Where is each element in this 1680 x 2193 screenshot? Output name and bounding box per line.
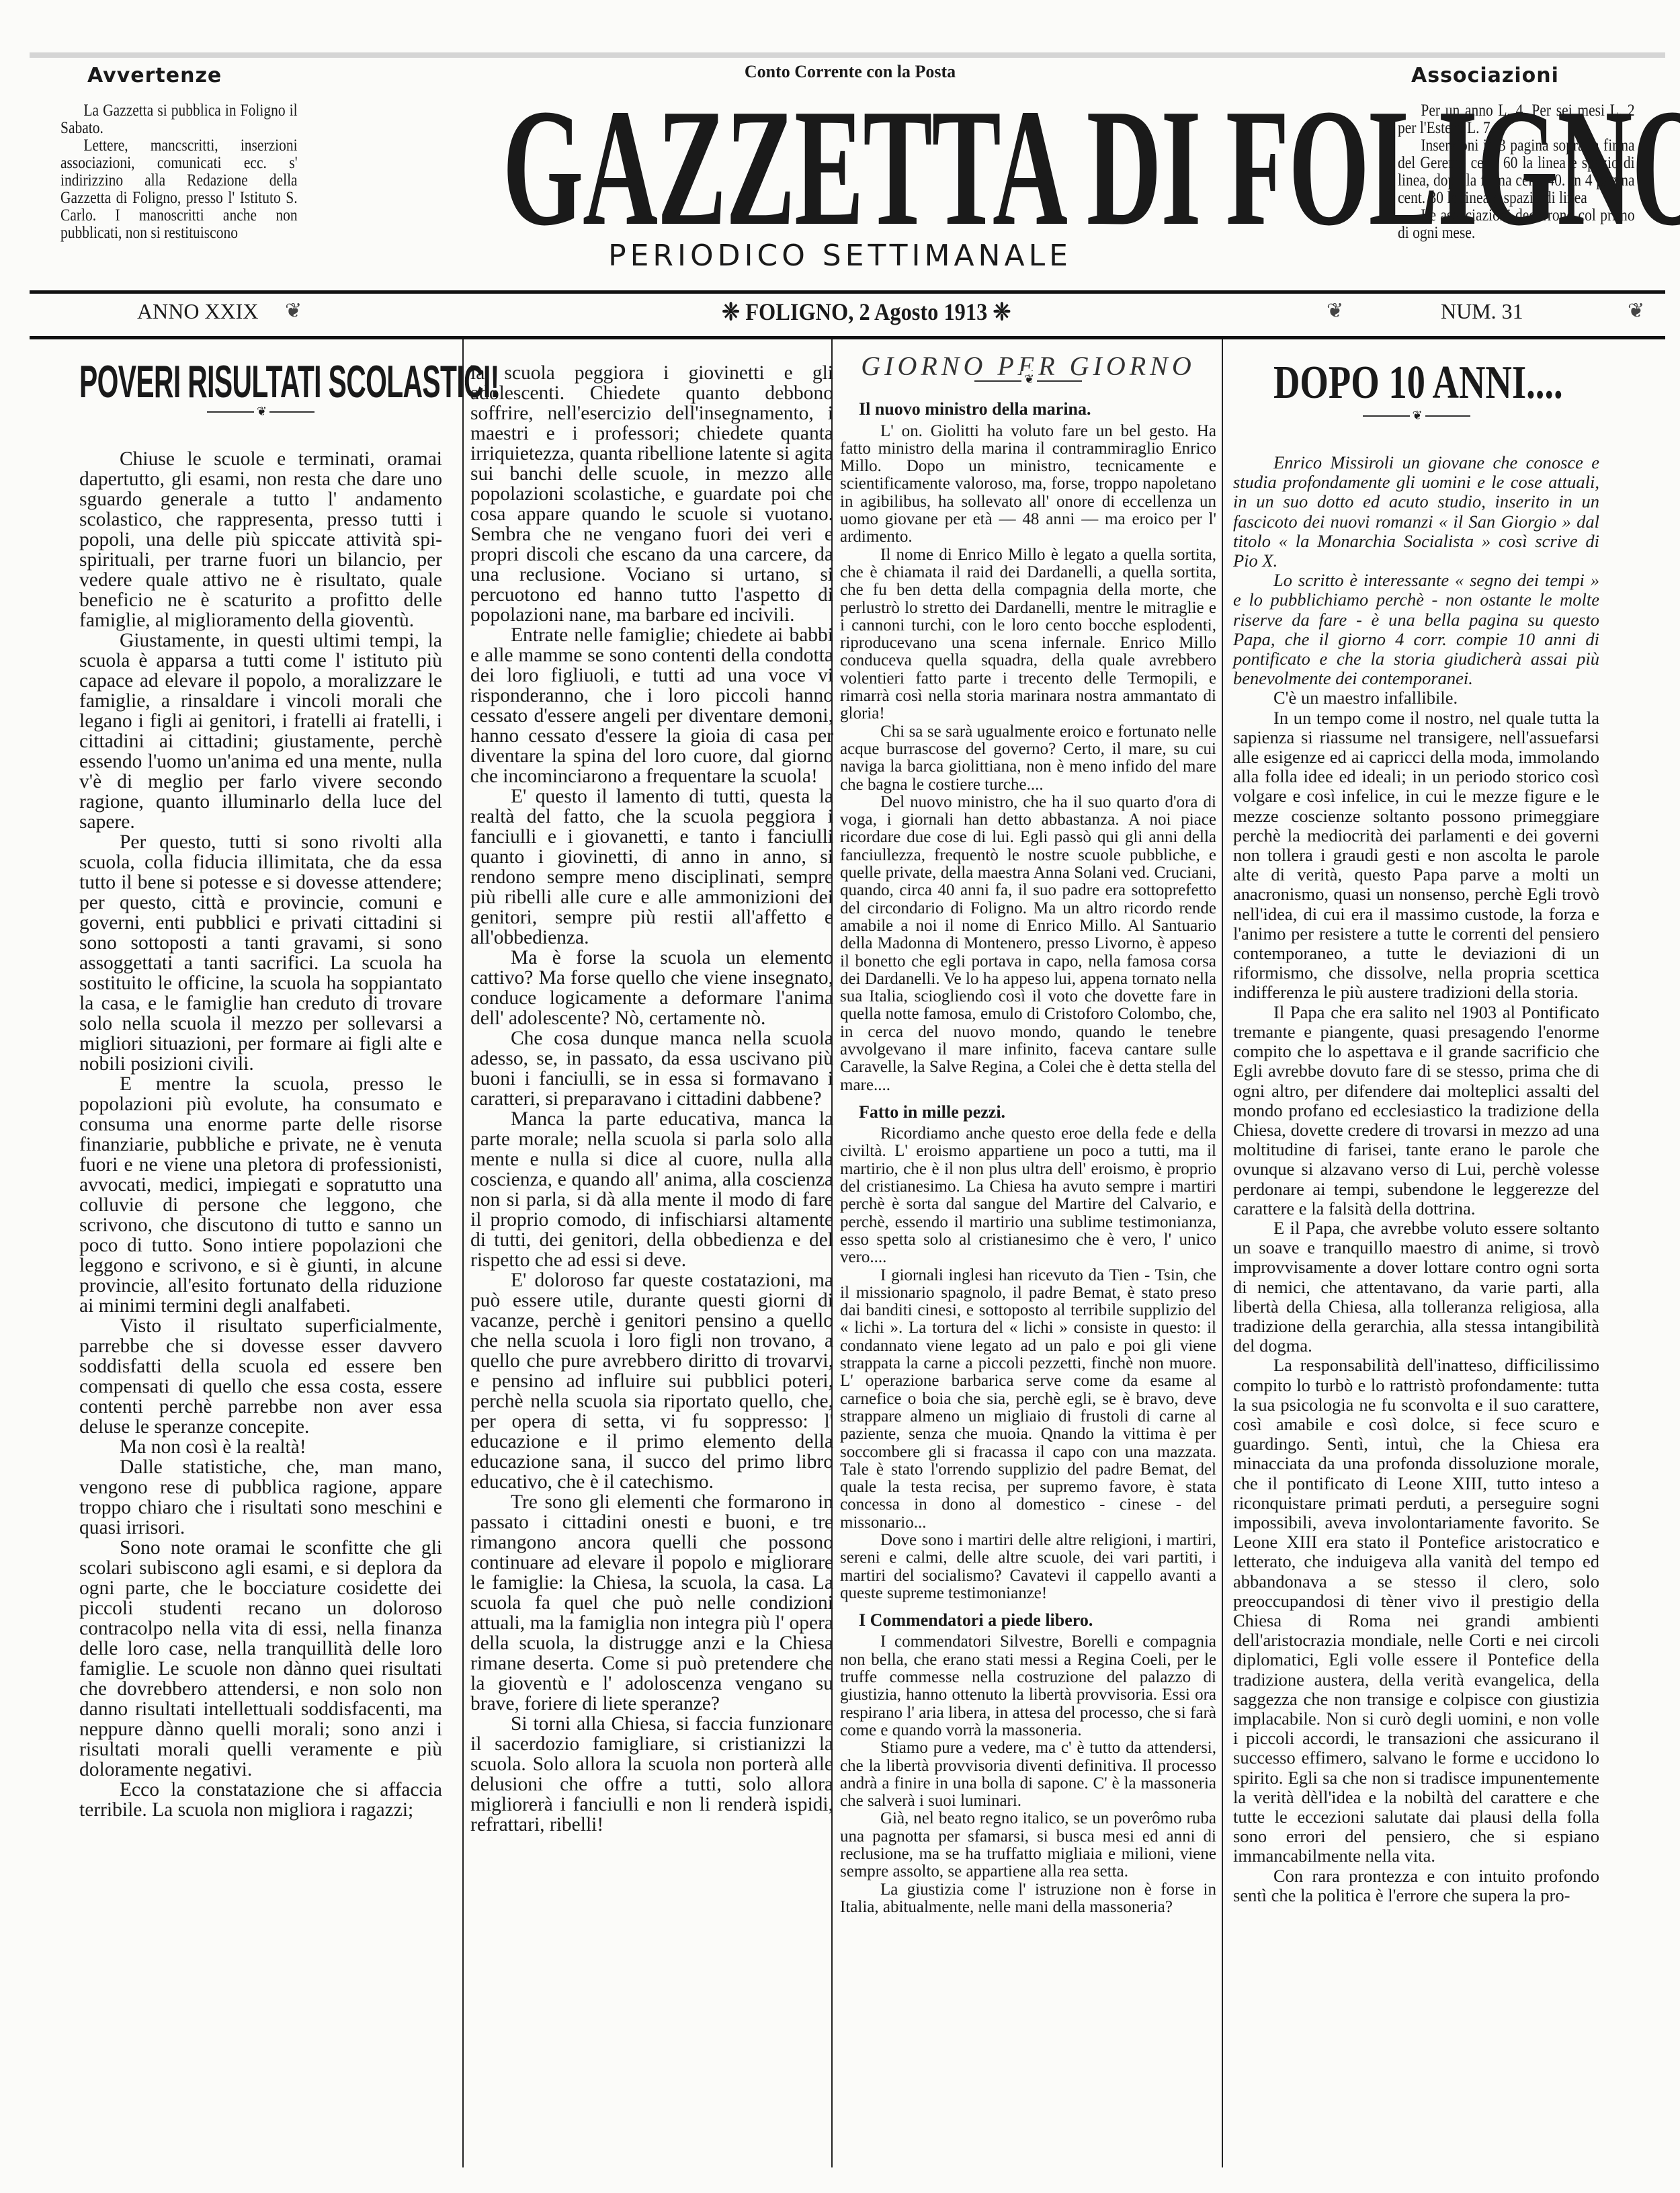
article-paragraph: Si torni alla Chiesa, si faccia funziona… (470, 1714, 833, 1835)
flourish-divider (207, 411, 314, 422)
article-paragraph: Per questo, tutti si sono rivolti alla s… (79, 832, 442, 1074)
news-paragraph: Stiamo pure a vedere, ma c' è tutto da a… (840, 1739, 1216, 1810)
article-paragraph: Tre sono gli elementi che formarono in p… (470, 1492, 833, 1714)
associazioni-paragraph: Inserzioni in 3 pagina sopra la firma de… (1398, 137, 1635, 207)
masthead-rule-bottom (30, 336, 1665, 339)
avvertenze-paragraph: Lettere, mancscritti, inserzioni associa… (60, 137, 298, 242)
newspaper-subtitle: PERIODICO SETTIMANALE (470, 239, 1210, 273)
article-paragraph: In un tempo come il nostro, nel quale tu… (1233, 708, 1599, 1003)
article-paragraph: Con rara prontezza e con intuito profond… (1233, 1866, 1599, 1905)
column-rule (1222, 339, 1223, 2167)
column-rule (462, 339, 464, 2167)
article-paragraph: E' questo il lamento di tutti, questa la… (470, 786, 833, 948)
newspaper-title: GAZZETTA DI FOLIGNO (503, 94, 1177, 242)
article-paragraph: Giustamente, in questi ultimi tempi, la … (79, 630, 442, 832)
article-paragraph: Dalle statistiche, che, man mano, vengon… (79, 1457, 442, 1538)
issue-date: ❈ FOLIGNO, 2 Agosto 1913 ❈ (722, 298, 1011, 326)
news-paragraph: Il nome di Enrico Millo è legato a quell… (840, 546, 1216, 723)
avvertenze-text: La Gazzetta si pubblica in Foligno il Sa… (60, 102, 298, 242)
associazioni-box: Associazioni Per un anno L. 4. Per sei m… (1398, 64, 1667, 242)
avvertenze-box: Avvertenze La Gazzetta si pubblica in Fo… (60, 64, 296, 242)
article-paragraph: C'è un maestro infallibile. (1233, 688, 1599, 708)
article-paragraph: E mentre la scuola, presso le popolazion… (79, 1074, 442, 1316)
lead-paragraph: Enrico Missiroli un giovane che conosce … (1233, 453, 1599, 571)
newspaper-page: Avvertenze La Gazzetta si pubblica in Fo… (0, 0, 1680, 2193)
associazioni-heading: Associazioni (1411, 64, 1667, 87)
news-paragraph: I giornali inglesi han ricevuto da Tien … (840, 1267, 1216, 1532)
news-paragraph: Dove sono i martiri delle altre religion… (840, 1532, 1216, 1602)
article-paragraph: Ecco la constatazione che si affaccia te… (79, 1780, 442, 1820)
article-dopo-10-anni: DOPO 10 ANNI.... Enrico Missiroli un gio… (1233, 343, 1599, 1905)
associazioni-paragraph: Per un anno L. 4. Per sei mesi L. 2 per … (1398, 102, 1635, 137)
top-rule (30, 52, 1665, 58)
news-paragraph: Chi sa se sarà ugualmente eroico e fortu… (840, 723, 1216, 794)
news-subhead: Fatto in mille pezzi. (840, 1104, 1216, 1121)
article-lead: Enrico Missiroli un giovane che conosce … (1233, 453, 1599, 688)
ornament-icon: ❦ (1628, 299, 1644, 323)
article-paragraph: Ma non così è la realtà! (79, 1437, 442, 1457)
news-paragraph: La giustizia come l' istruzione non è fo… (840, 1881, 1216, 1917)
article-paragraph: E' doloroso far queste costatazioni, ma … (470, 1270, 833, 1492)
article-paragraph: la scuola peggiora i giovinetti e gli ad… (470, 363, 833, 625)
ornament-icon: ❦ (285, 299, 302, 323)
ornament-icon: ❦ (1327, 299, 1343, 323)
masthead-rule-top (30, 290, 1665, 294)
article-paragraph: Il Papa che era salito nel 1903 al Ponti… (1233, 1003, 1599, 1218)
flourish-divider (974, 380, 1082, 391)
associazioni-text: Per un anno L. 4. Per sei mesi L. 2 per … (1398, 102, 1635, 242)
news-paragraph: Già, nel beato regno italico, se un pove… (840, 1810, 1216, 1880)
article-paragraph: Sono note oramai le sconfitte che gli sc… (79, 1538, 442, 1780)
dateline: ANNO XXIX ❦ ❈ FOLIGNO, 2 Agosto 1913 ❈ ❦… (30, 299, 1665, 333)
article-paragraph: E il Papa, che avrebbe voluto essere sol… (1233, 1218, 1599, 1356)
news-subhead: I Commendatori a piede libero. (840, 1612, 1216, 1629)
article-paragraph: La responsabilità dell'inatteso, diffici… (1233, 1356, 1599, 1866)
news-subhead: Il nuovo ministro della marina. (840, 401, 1216, 418)
news-paragraph: Del nuovo ministro, che ha il suo quarto… (840, 794, 1216, 1094)
article-paragraph: Entrate nelle famiglie; chiedete ai babb… (470, 625, 833, 786)
article-headline: POVERI RISULTATI SCOLASTICI! (79, 355, 442, 409)
section-giorno-per-giorno: GIORNO PER GIORNO Il nuovo ministro dell… (840, 343, 1216, 1916)
article-paragraph: Manca la parte educativa, manca la parte… (470, 1109, 833, 1270)
article-paragraph: Chiuse le scuole e terminati, oramai dap… (79, 449, 442, 630)
article-paragraph: Visto il risultato superficialmente, par… (79, 1316, 442, 1437)
article-headline: DOPO 10 ANNI.... (1273, 356, 1559, 410)
news-paragraph: I commendatori Silvestre, Borelli e comp… (840, 1633, 1216, 1739)
associazioni-paragraph: Le associazioni decorrono col primo di o… (1398, 207, 1635, 242)
avvertenze-paragraph: La Gazzetta si pubblica in Foligno il Sa… (60, 102, 298, 137)
article-paragraph: Che cosa dunque manca nella scuola adess… (470, 1028, 833, 1109)
lead-paragraph: Lo scritto è interessante « segno dei te… (1233, 571, 1599, 688)
article-paragraph: Ma è forse la scuola un elemento cattivo… (470, 948, 833, 1028)
flourish-divider (1363, 415, 1470, 426)
news-paragraph: L' on. Giolitti ha voluto fare un bel ge… (840, 423, 1216, 546)
issue-number: NUM. 31 (1441, 299, 1523, 324)
year-label: ANNO XXIX (137, 299, 258, 324)
article-poveri-col2: la scuola peggiora i giovinetti e gli ad… (470, 363, 833, 1835)
avvertenze-heading: Avvertenze (87, 64, 296, 87)
article-poveri-col1: POVERI RISULTATI SCOLASTICI! Chiuse le s… (79, 343, 442, 1820)
news-paragraph: Ricordiamo anche questo eroe della fede … (840, 1125, 1216, 1266)
